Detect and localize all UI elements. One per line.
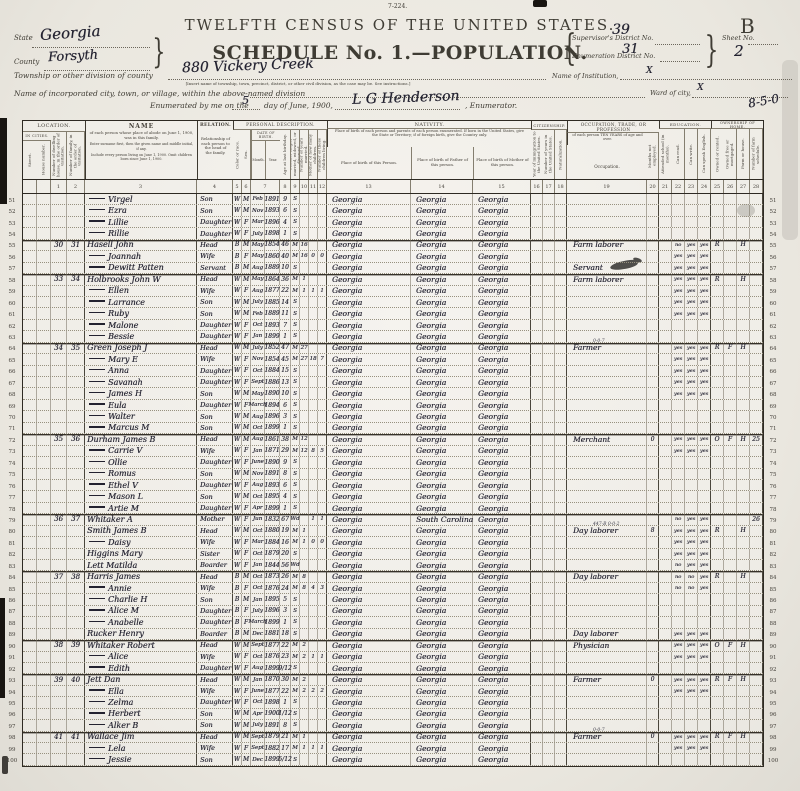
cell-mc <box>309 320 318 330</box>
cell-age: 45 <box>280 354 291 364</box>
cell-m: S <box>291 594 300 604</box>
cell-s: F <box>242 354 251 364</box>
cell-mo: Aug <box>251 663 265 673</box>
cell-mb: Georgia <box>473 388 531 398</box>
cell-s: F <box>242 652 251 662</box>
cell-st <box>23 388 37 398</box>
cell-mn <box>647 743 659 753</box>
cell-ns <box>750 686 763 696</box>
cell-bp: Georgia <box>327 674 411 684</box>
cell-en: yes <box>698 537 711 547</box>
cell-ym: 1 <box>300 537 309 547</box>
cell-c: W <box>233 754 242 764</box>
cell-own <box>711 411 724 421</box>
cell-rel: Son <box>197 720 233 730</box>
cell-c: W <box>233 686 242 696</box>
cell-c1 <box>531 434 543 444</box>
cell-rel: Daughter <box>197 320 233 330</box>
cell-st <box>23 549 37 559</box>
cell-c2 <box>543 354 555 364</box>
cell-mc <box>309 194 318 204</box>
cell-fh <box>737 754 750 764</box>
cell-cl <box>318 320 327 330</box>
line-number: 54 <box>4 229 20 240</box>
cell-bp: Georgia <box>327 205 411 215</box>
cell-st <box>23 366 37 376</box>
cell-ym <box>300 560 309 570</box>
cell-occ <box>567 331 647 341</box>
cell-c1 <box>531 388 543 398</box>
cell-wr <box>685 709 698 719</box>
col-birthplace-mother: Place of birth of Mother of this person. <box>473 147 531 179</box>
cell-wr: yes <box>685 263 698 273</box>
cell-mb: Georgia <box>473 194 531 204</box>
scan-artifact <box>533 0 547 7</box>
table-row: Lett MatildaBoarderWFJan184456WdGeorgiaG… <box>23 560 763 571</box>
line-number: 99 <box>765 744 781 755</box>
table-row: LillieDaughterWFMar18964SGeorgiaGeorgiaG… <box>23 217 763 228</box>
cell-s: M <box>242 469 251 479</box>
cell-age: 1 <box>280 697 291 707</box>
cell-mn <box>647 709 659 719</box>
cell-m: M <box>291 732 300 742</box>
cell-m: M <box>291 251 300 261</box>
cell-rd <box>672 194 685 204</box>
column-number: 25 <box>711 180 724 193</box>
cell-name: Alice <box>85 652 197 662</box>
cell-rel: Wife <box>197 286 233 296</box>
col-can-write: Can write. <box>685 129 698 179</box>
cell-sc <box>659 217 672 227</box>
col-years-in-us: Number of years in the United States. <box>543 130 555 179</box>
cell-mb: Georgia <box>473 549 531 559</box>
cell-c: W <box>233 560 242 570</box>
cell-rel: Daughter <box>197 617 233 627</box>
cell-fm: F <box>724 674 737 684</box>
col-color: Color or race. <box>233 130 242 179</box>
cell-fh: H <box>737 240 750 250</box>
cell-own <box>711 697 724 707</box>
cell-own <box>711 537 724 547</box>
col-marital: Whether single, married, widowed, or div… <box>291 130 300 179</box>
cell-c: W <box>233 491 242 501</box>
column-number: 16 <box>531 180 543 193</box>
cell-yr: 1893 <box>265 205 280 215</box>
cell-ym <box>300 720 309 730</box>
rule <box>232 109 260 110</box>
cell-rd <box>672 331 685 341</box>
cell-m: S <box>291 469 300 479</box>
cell-wr <box>685 194 698 204</box>
enumerated-mid: day of June, 1900, <box>264 101 333 110</box>
cell-mb: Georgia <box>473 674 531 684</box>
cell-fm <box>724 503 737 513</box>
cell-fm <box>724 560 737 570</box>
cell-c: W <box>233 205 242 215</box>
cell-age: 16 <box>280 537 291 547</box>
line-number: 91 <box>4 653 20 664</box>
cell-ym <box>300 709 309 719</box>
cell-yr: 1873 <box>265 571 280 581</box>
cell-mn <box>647 411 659 421</box>
cell-s: F <box>242 217 251 227</box>
cell-cl <box>318 709 327 719</box>
cell-mc <box>309 606 318 616</box>
cell-rd <box>672 423 685 433</box>
cell-bp: Georgia <box>327 754 411 764</box>
cell-age: 6 <box>280 400 291 410</box>
cell-mb: Georgia <box>473 754 531 764</box>
cell-fa: 35 <box>67 343 85 353</box>
cell-c2 <box>543 251 555 261</box>
cell-c3 <box>555 388 567 398</box>
cell-ym: 1 <box>300 274 309 284</box>
cell-mn <box>647 194 659 204</box>
cell-s: M <box>242 240 251 250</box>
section-name: NAME of each person whose place of abode… <box>85 121 197 179</box>
cell-bp: Georgia <box>327 240 411 250</box>
cell-fm <box>724 251 737 261</box>
cell-name: Eula <box>85 400 197 410</box>
enum-district-label: Enumeration District No. <box>572 52 655 60</box>
cell-ho <box>37 400 51 410</box>
cell-sc <box>659 354 672 364</box>
table-row: RubySonWMFeb188911SGeorgiaGeorgiaGeorgia… <box>23 308 763 319</box>
cell-yr: 1880 <box>265 526 280 536</box>
cell-ns <box>750 491 763 501</box>
cell-rel: Head <box>197 732 233 742</box>
cell-fb: Georgia <box>411 194 473 204</box>
cell-ns <box>750 469 763 479</box>
cell-s: M <box>242 640 251 650</box>
cell-c: W <box>233 217 242 227</box>
cell-c2 <box>543 571 555 581</box>
cell-s: M <box>242 709 251 719</box>
line-number: 68 <box>765 389 781 400</box>
cell-bp: Georgia <box>327 469 411 479</box>
cell-ho <box>37 514 51 524</box>
cell-c: W <box>233 194 242 204</box>
cell-en <box>698 491 711 501</box>
cell-c3 <box>555 514 567 524</box>
cell-sc <box>659 674 672 684</box>
cell-st <box>23 400 37 410</box>
cell-c1 <box>531 503 543 513</box>
cell-st <box>23 377 37 387</box>
cell-rd <box>672 480 685 490</box>
cell-name: Mary E <box>85 354 197 364</box>
cell-mn: 0 <box>647 732 659 742</box>
cell-wr <box>685 491 698 501</box>
cell-wr: yes <box>685 286 698 296</box>
cell-bp: Georgia <box>327 526 411 536</box>
line-number: 77 <box>765 492 781 503</box>
table-row: DaisyWifeWFMar188416M100GeorgiaGeorgiaGe… <box>23 537 763 548</box>
cell-fb: Georgia <box>411 446 473 456</box>
cell-en: yes <box>698 674 711 684</box>
cell-name: Edith <box>85 663 197 673</box>
cell-rel: Daughter <box>197 366 233 376</box>
cell-rd <box>672 663 685 673</box>
enumerated-suffix: , Enumerator. <box>465 101 517 110</box>
cell-sc <box>659 709 672 719</box>
cell-c3 <box>555 560 567 570</box>
cell-ho <box>37 377 51 387</box>
cell-wr: yes <box>685 308 698 318</box>
cell-m: M <box>291 583 300 593</box>
cell-mc <box>309 560 318 570</box>
table-row: EllenWifeWFAug187722M111GeorgiaGeorgiaGe… <box>23 286 763 297</box>
cell-mn: 0 <box>647 674 659 684</box>
cell-fa <box>67 286 85 296</box>
cell-c1 <box>531 205 543 215</box>
brace: } <box>152 32 165 72</box>
cell-fb: Georgia <box>411 743 473 753</box>
cell-fh <box>737 606 750 616</box>
cell-fm: F <box>724 434 737 444</box>
cell-rd <box>672 617 685 627</box>
cell-c3 <box>555 457 567 467</box>
cell-occ <box>567 354 647 364</box>
cell-fa <box>67 743 85 753</box>
line-number: 95 <box>765 698 781 709</box>
cell-mo: Aug <box>251 434 265 444</box>
cell-mn <box>647 354 659 364</box>
cell-dw: 34 <box>51 343 67 353</box>
cell-c2 <box>543 331 555 341</box>
cell-m: S <box>291 457 300 467</box>
cell-rel: Son <box>197 594 233 604</box>
cell-age: 4 <box>280 491 291 501</box>
cell-name: Mason L <box>85 491 197 501</box>
cell-occ <box>567 560 647 570</box>
cell-mc <box>309 617 318 627</box>
cell-fh <box>737 354 750 364</box>
cell-c2 <box>543 400 555 410</box>
cell-own <box>711 366 724 376</box>
cell-cl <box>318 754 327 764</box>
cell-ym <box>300 697 309 707</box>
cell-mo: Oct <box>251 583 265 593</box>
cell-age: 1 <box>280 617 291 627</box>
cell-mc: 2 <box>309 686 318 696</box>
cell-ns: 25 <box>750 434 763 444</box>
column-number: 11 <box>309 180 318 193</box>
cell-fm <box>724 354 737 364</box>
cell-c1 <box>531 469 543 479</box>
line-number: 97 <box>765 721 781 732</box>
column-number: 19 <box>567 180 647 193</box>
col-farm-schedule: Number of farm schedule. <box>750 129 763 179</box>
cell-fa <box>67 537 85 547</box>
cell-en <box>698 606 711 616</box>
cell-bp: Georgia <box>327 606 411 616</box>
column-number <box>23 180 37 193</box>
cell-c: W <box>233 537 242 547</box>
cell-occ <box>567 377 647 387</box>
cell-mb: Georgia <box>473 343 531 353</box>
line-number: 81 <box>4 538 20 549</box>
cell-rd: yes <box>672 652 685 662</box>
line-number: 83 <box>4 561 20 572</box>
line-number: 56 <box>4 252 20 263</box>
cell-name: Lett Matilda <box>85 560 197 570</box>
cell-c1 <box>531 526 543 536</box>
cell-age: 11 <box>280 308 291 318</box>
cell-dw <box>51 652 67 662</box>
cell-own: R <box>711 732 724 742</box>
cell-s: M <box>242 491 251 501</box>
cell-c3 <box>555 617 567 627</box>
cell-ho <box>37 743 51 753</box>
cell-ym <box>300 320 309 330</box>
cell-c2 <box>543 205 555 215</box>
cell-c3 <box>555 674 567 684</box>
cell-ho <box>37 286 51 296</box>
cell-rel: Daughter <box>197 228 233 238</box>
cell-own <box>711 743 724 753</box>
cell-st <box>23 469 37 479</box>
cell-rd: yes <box>672 549 685 559</box>
cell-dw <box>51 526 67 536</box>
cell-bp: Georgia <box>327 297 411 307</box>
cell-fb: Georgia <box>411 411 473 421</box>
cell-mn <box>647 754 659 764</box>
cell-ns <box>750 377 763 387</box>
cell-m: M <box>291 640 300 650</box>
cell-dw <box>51 629 67 639</box>
cell-mn <box>647 377 659 387</box>
cell-name: Annie <box>85 583 197 593</box>
cell-c: W <box>233 526 242 536</box>
cell-c3 <box>555 571 567 581</box>
cell-en: yes <box>698 377 711 387</box>
cell-yr: 1891 <box>265 720 280 730</box>
cell-ym <box>300 480 309 490</box>
line-number: 59 <box>4 287 20 298</box>
cell-fb: Georgia <box>411 503 473 513</box>
line-number: 86 <box>765 595 781 606</box>
cell-dw <box>51 228 67 238</box>
county-label: County <box>14 58 39 66</box>
cell-rd <box>672 697 685 707</box>
cell-fb: Georgia <box>411 263 473 273</box>
scan-artifact <box>0 118 7 204</box>
cell-dw <box>51 366 67 376</box>
cell-wr: yes <box>685 343 698 353</box>
cell-occ <box>567 457 647 467</box>
cell-fm: F <box>724 732 737 742</box>
cell-fm <box>724 526 737 536</box>
cell-rd: no <box>672 560 685 570</box>
cell-rel: Son <box>197 491 233 501</box>
cell-own <box>711 594 724 604</box>
cell-age: 6 <box>280 480 291 490</box>
cell-name: Hasell John <box>85 240 197 250</box>
cell-rel: Head <box>197 434 233 444</box>
cell-mc: 0 <box>309 251 318 261</box>
cell-ns <box>750 251 763 261</box>
cell-ns <box>750 286 763 296</box>
cell-age: 1 <box>280 228 291 238</box>
table-row: RomusSonWMNov18918SGeorgiaGeorgiaGeorgia <box>23 469 763 480</box>
cell-fa: 31 <box>67 240 85 250</box>
cell-c: B <box>233 629 242 639</box>
cell-mo: Oct <box>251 652 265 662</box>
cell-fm <box>724 606 737 616</box>
cell-own <box>711 629 724 639</box>
cell-mo: March <box>251 400 265 410</box>
col-months-not-employed: Months not employed. <box>647 133 659 179</box>
cell-c1 <box>531 228 543 238</box>
cell-wr: yes <box>685 629 698 639</box>
cell-bp: Georgia <box>327 480 411 490</box>
col-birth-month: Month. <box>251 141 265 179</box>
cell-mo: Mar <box>251 537 265 547</box>
cell-name: Ella <box>85 686 197 696</box>
cell-c2 <box>543 606 555 616</box>
cell-en: yes <box>698 274 711 284</box>
cell-age: 26 <box>280 571 291 581</box>
cell-dw <box>51 686 67 696</box>
cell-ns <box>750 754 763 764</box>
cell-bp: Georgia <box>327 274 411 284</box>
cell-mc <box>309 640 318 650</box>
col-naturalization: Naturalization. <box>555 130 567 179</box>
cell-ho <box>37 606 51 616</box>
cell-ym <box>300 366 309 376</box>
cell-mn <box>647 446 659 456</box>
cell-c3 <box>555 549 567 559</box>
cell-cl <box>318 617 327 627</box>
line-number: 92 <box>765 664 781 675</box>
cell-c3 <box>555 423 567 433</box>
line-number: 78 <box>4 504 20 515</box>
state-label: State <box>14 34 33 42</box>
cell-ym <box>300 331 309 341</box>
cell-c: W <box>233 640 242 650</box>
cell-name: Zelma <box>85 697 197 707</box>
cell-c2 <box>543 366 555 376</box>
cell-ns <box>750 297 763 307</box>
cell-dw <box>51 400 67 410</box>
cell-occ <box>567 709 647 719</box>
cell-fh <box>737 480 750 490</box>
cell-mc <box>309 549 318 559</box>
cell-en: yes <box>698 308 711 318</box>
cell-st <box>23 743 37 753</box>
cell-st <box>23 629 37 639</box>
cell-occ <box>567 308 647 318</box>
cell-ho <box>37 629 51 639</box>
cell-rd <box>672 754 685 764</box>
cell-ym: 1 <box>300 526 309 536</box>
cell-s: F <box>242 251 251 261</box>
cell-bp: Georgia <box>327 263 411 273</box>
cell-yr: 1889 <box>265 308 280 318</box>
cell-fh <box>737 663 750 673</box>
cell-ns <box>750 320 763 330</box>
occupation-note-mark: 447-B 0-0-2 <box>593 522 619 527</box>
cell-rel: Sister <box>197 549 233 559</box>
column-number: 22 <box>672 180 685 193</box>
cell-m: M <box>291 674 300 684</box>
cell-bp: Georgia <box>327 377 411 387</box>
cell-wr: yes <box>685 674 698 684</box>
line-number: 52 <box>4 206 20 217</box>
cell-rd <box>672 457 685 467</box>
cell-wr: yes <box>685 354 698 364</box>
